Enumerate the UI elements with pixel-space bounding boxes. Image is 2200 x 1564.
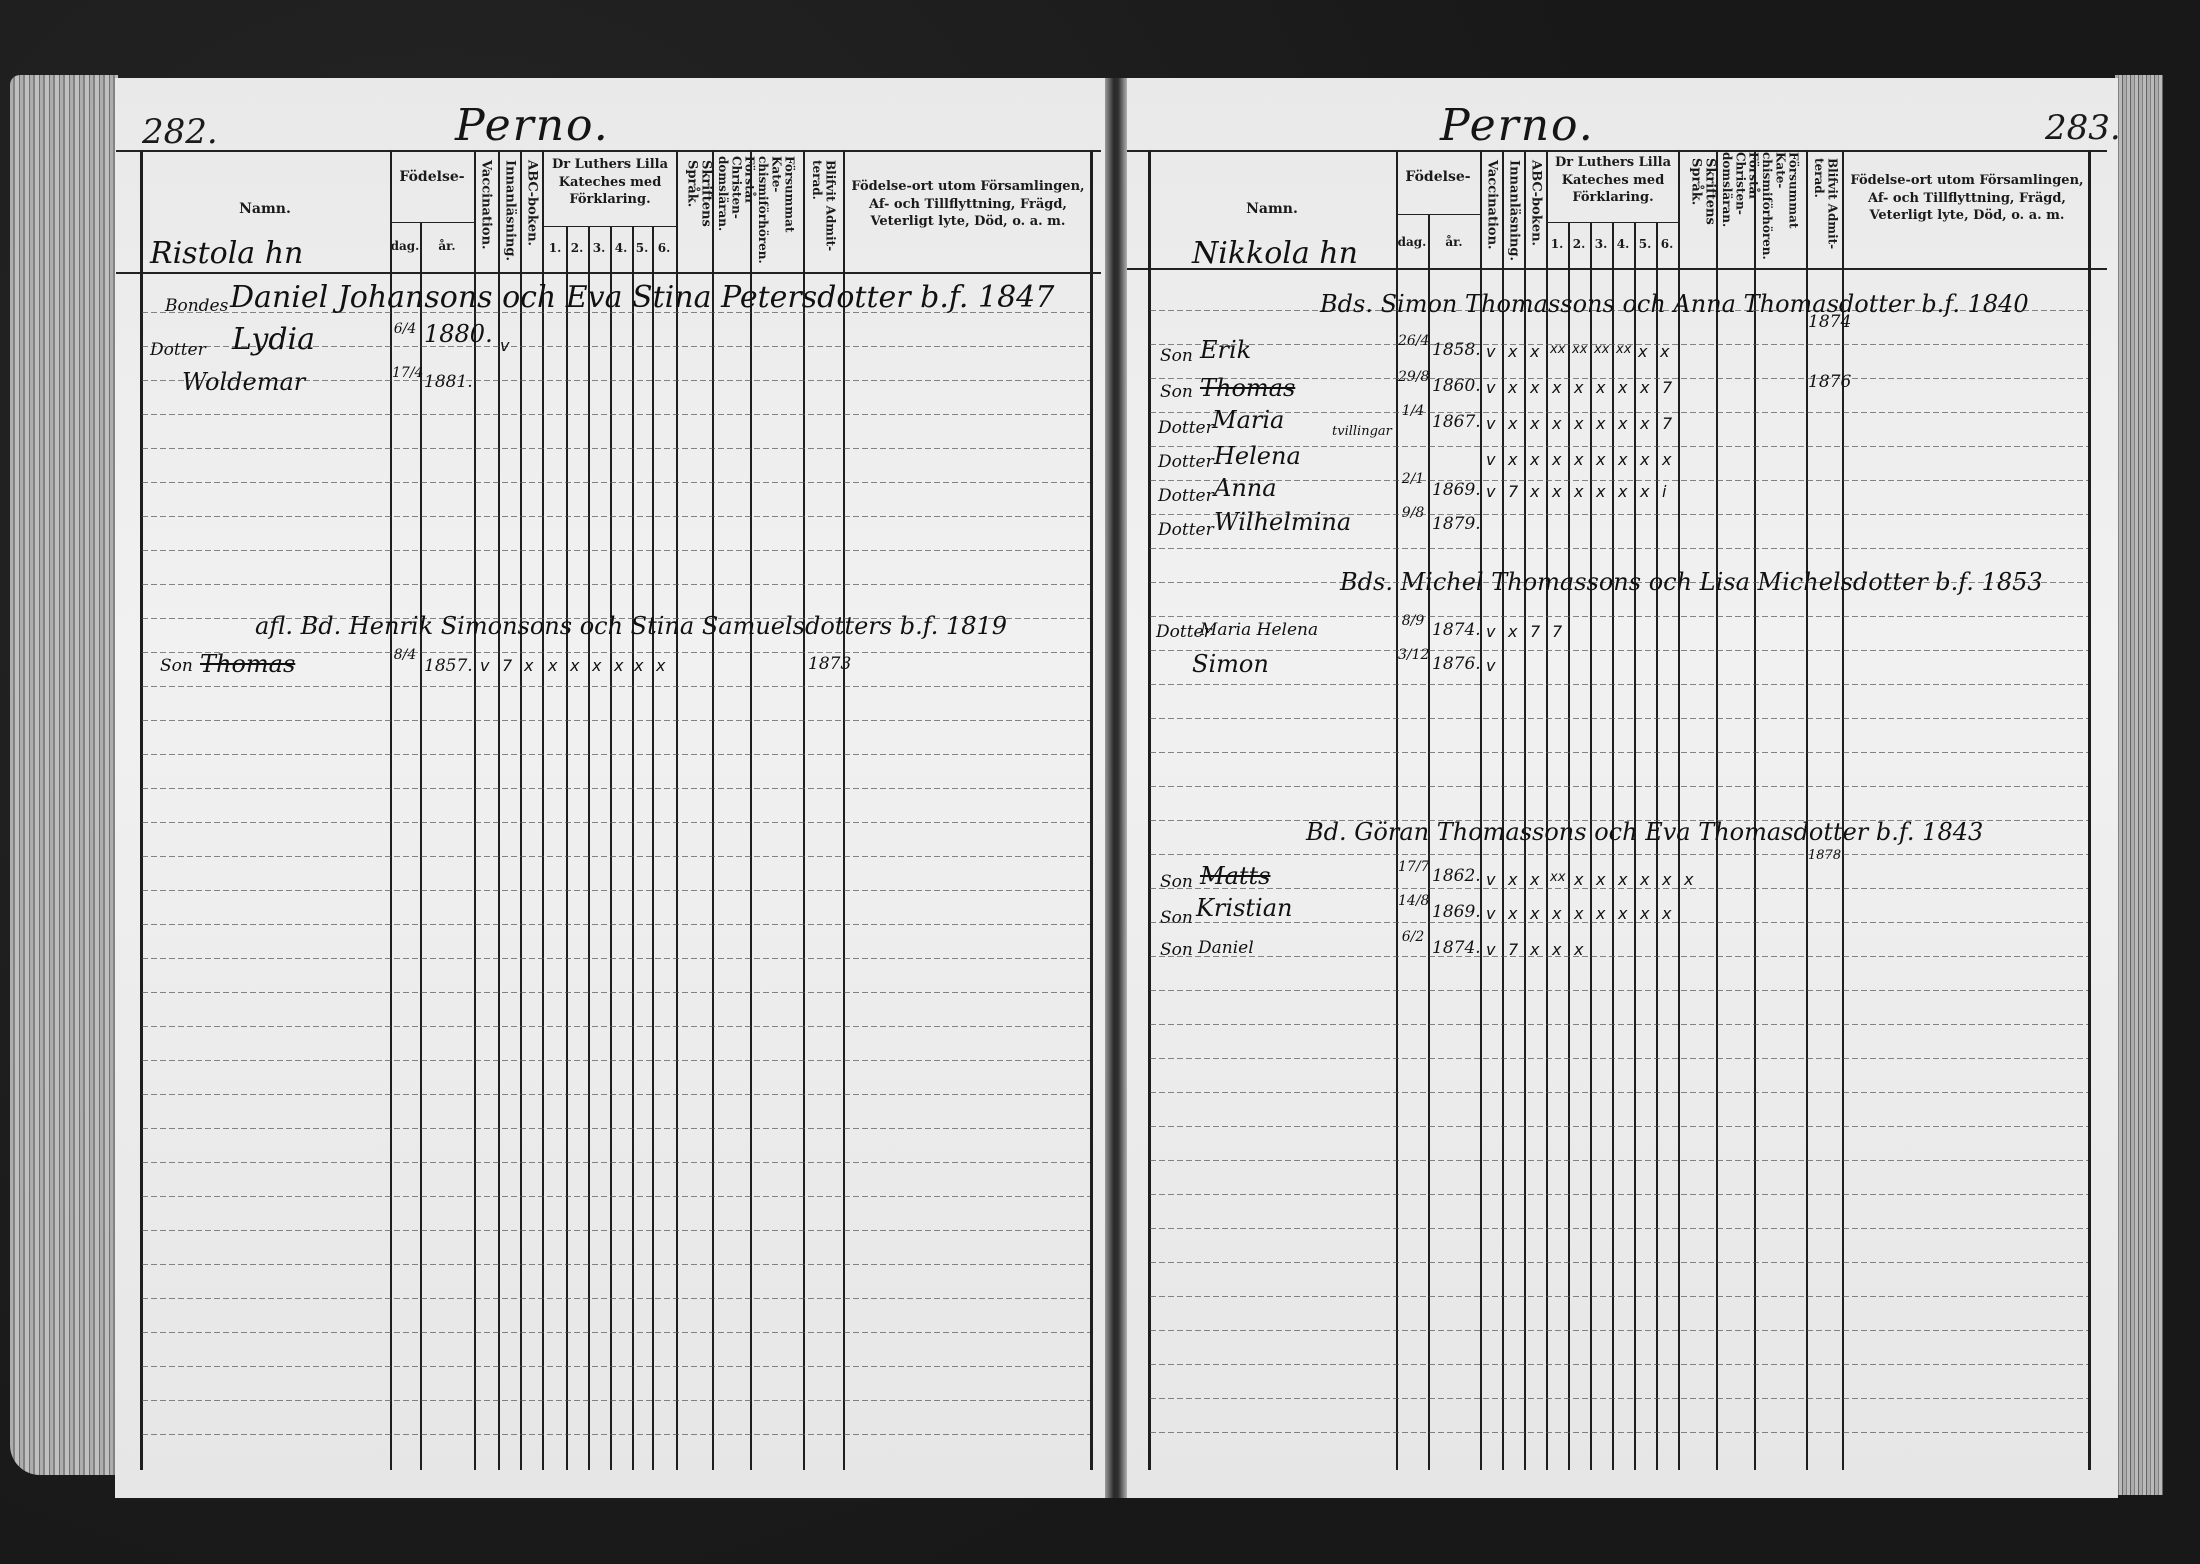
column-header-forstar: Förstår Christen-domsläran.: [716, 156, 756, 268]
column-header-innanlasning: Innanläsning.: [502, 160, 516, 268]
family-heading-1: Bds. Michel Thomassons och Lisa Michelsd…: [1340, 568, 2043, 596]
column-header-innanlasning-right: Innanläsning.: [1506, 160, 1520, 264]
household-heading-right: Nikkola hn: [1192, 236, 1358, 271]
household-heading-left: Ristola hn: [150, 236, 303, 271]
book-edge-left: [10, 75, 118, 1475]
column-header-vaccination-right: Vaccination.: [1484, 160, 1498, 264]
column-header-blifvit: Blifvit Admit-terad.: [810, 160, 836, 268]
column-header-abc-boken-right: ABC-boken.: [1528, 160, 1542, 264]
book-edge-right: [2115, 75, 2163, 1495]
column-header-namn-right: Namn.: [1148, 200, 1396, 219]
column-header-fodelse-right: Födelse-: [1396, 168, 1480, 187]
parish-title-right: Perno.: [1440, 100, 1595, 151]
column-header-fodelse: Födelse-: [390, 168, 474, 187]
column-header-abc-boken: ABC-boken.: [524, 160, 538, 268]
parish-title-left: Perno.: [455, 100, 610, 151]
column-header-ar-right: år.: [1428, 234, 1480, 250]
book-gutter: [1105, 78, 1127, 1498]
page-number-right: 283.: [2045, 108, 2121, 148]
column-header-skriftens-sprak: Skriftens Språk.: [684, 160, 713, 268]
family-heading-2-note: 1878: [1808, 848, 1841, 863]
column-header-dag: dag.: [390, 238, 420, 254]
family-heading-2: Bd. Göran Thomassons och Eva Thomasdotte…: [1306, 818, 1983, 846]
family-heading-0: Bds. Simon Thomassons och Anna Thomasdot…: [1320, 290, 2029, 318]
column-header-remarks-right: Födelse-ort utom Församlingen, Af- och T…: [1848, 172, 2086, 225]
column-header-luther: Dr Luthers Lilla Kateches med Förklaring…: [544, 156, 676, 209]
column-header-vaccination: Vaccination.: [478, 160, 492, 268]
column-header-luther-right: Dr Luthers Lilla Kateches med Förklaring…: [1548, 154, 1678, 207]
column-header-remarks: Födelse-ort utom Församlingen, Af- och T…: [850, 178, 1086, 231]
column-header-blifvit-right: Blifvit Admit-terad.: [1812, 158, 1838, 264]
column-header-dag-right: dag.: [1396, 234, 1428, 250]
column-header-ar: år.: [420, 238, 474, 254]
column-header-forsummat-right: Försummat Kate-chismiförhören.: [1760, 152, 1800, 264]
column-header-forstar-right: Förstår Christen-domsläran.: [1720, 152, 1760, 264]
column-header-skriftens-sprak-right: Skriftens Språk.: [1688, 158, 1717, 264]
column-header-forsummat: Försummat Kate-chismiförhören.: [756, 156, 796, 268]
column-header-namn: Namn.: [140, 200, 390, 219]
page-number-left: 282.: [142, 112, 218, 152]
